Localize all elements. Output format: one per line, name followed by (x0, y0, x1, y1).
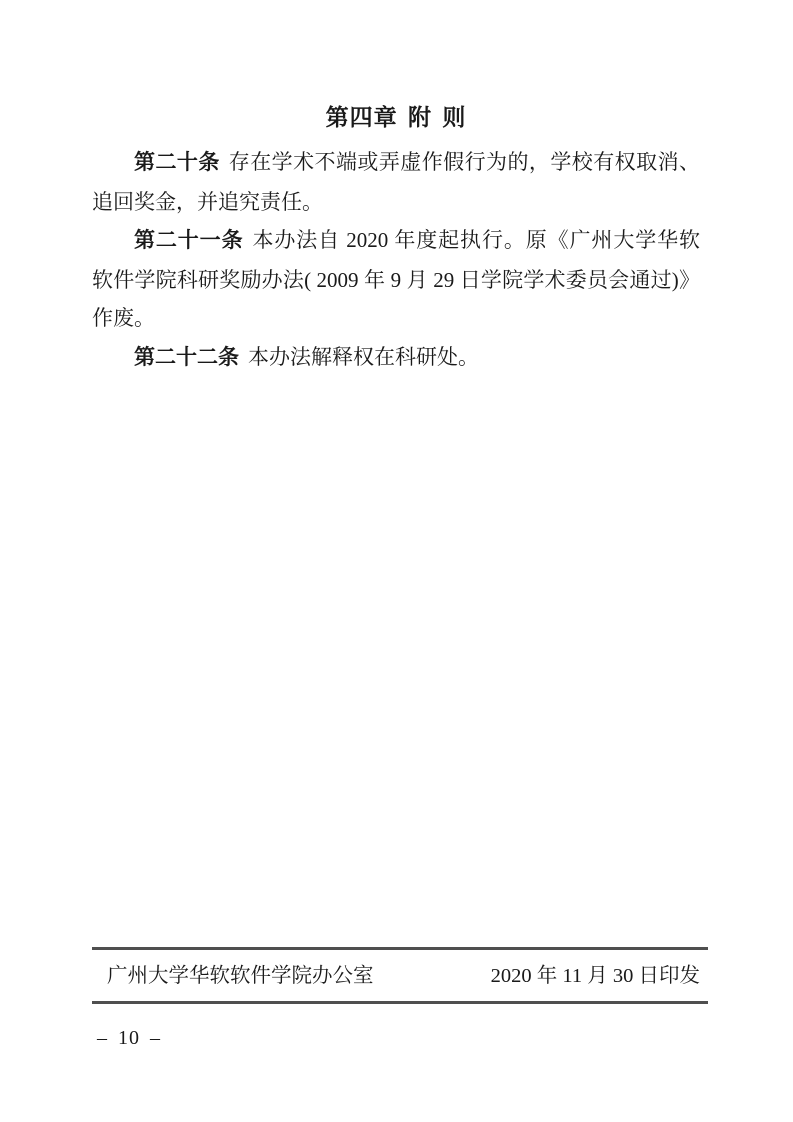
article-21-line-3: 作废。 (92, 299, 700, 338)
article-21-text-2: 软件学院科研奖励办法( 2009 年 9 月 29 日学院学术委员会通过)》 (92, 268, 700, 292)
article-22-text-1: 本办法解释权在科研处。 (248, 345, 479, 369)
article-22-lead: 第二十二条 (134, 346, 239, 369)
article-21-line-1: 第二十一条本办法自 2020 年度起执行。原《广州大学华软 (92, 221, 700, 261)
footer-rule-bottom (92, 1001, 708, 1004)
article-20-line-1: 第二十条存在学术不端或弄虚作假行为的，学校有权取消、 (92, 143, 700, 183)
article-21-lead: 第二十一条 (134, 229, 243, 252)
footer-issuer: 广州大学华软软件学院办公室 (107, 961, 374, 991)
article-20-text-1: 存在学术不端或弄虚作假行为的，学校有权取消、 (229, 150, 700, 174)
article-20-lead: 第二十条 (134, 151, 220, 174)
chapter-title: 第四章 附 则 (92, 102, 700, 132)
page-number: – 10 – (97, 1026, 161, 1050)
footer-row: 广州大学华软软件学院办公室 2020 年 11 月 30 日印发 (92, 961, 708, 991)
article-20-line-2: 追回奖金，并追究责任。 (92, 183, 700, 222)
article-body: 第二十条存在学术不端或弄虚作假行为的，学校有权取消、 追回奖金，并追究责任。 第… (92, 143, 700, 378)
footer-print-date: 2020 年 11 月 30 日印发 (491, 961, 700, 991)
article-21-line-2: 软件学院科研奖励办法( 2009 年 9 月 29 日学院学术委员会通过)》 (92, 261, 700, 300)
footer-rule-top (92, 947, 708, 950)
article-21-text-1: 本办法自 2020 年度起执行。原《广州大学华软 (252, 228, 700, 252)
article-20-text-2: 追回奖金，并追究责任。 (92, 190, 323, 214)
article-21-text-3: 作废。 (92, 306, 155, 330)
article-22-line-1: 第二十二条本办法解释权在科研处。 (92, 338, 700, 378)
document-page: 第四章 附 则 第二十条存在学术不端或弄虚作假行为的，学校有权取消、 追回奖金，… (0, 0, 793, 1122)
